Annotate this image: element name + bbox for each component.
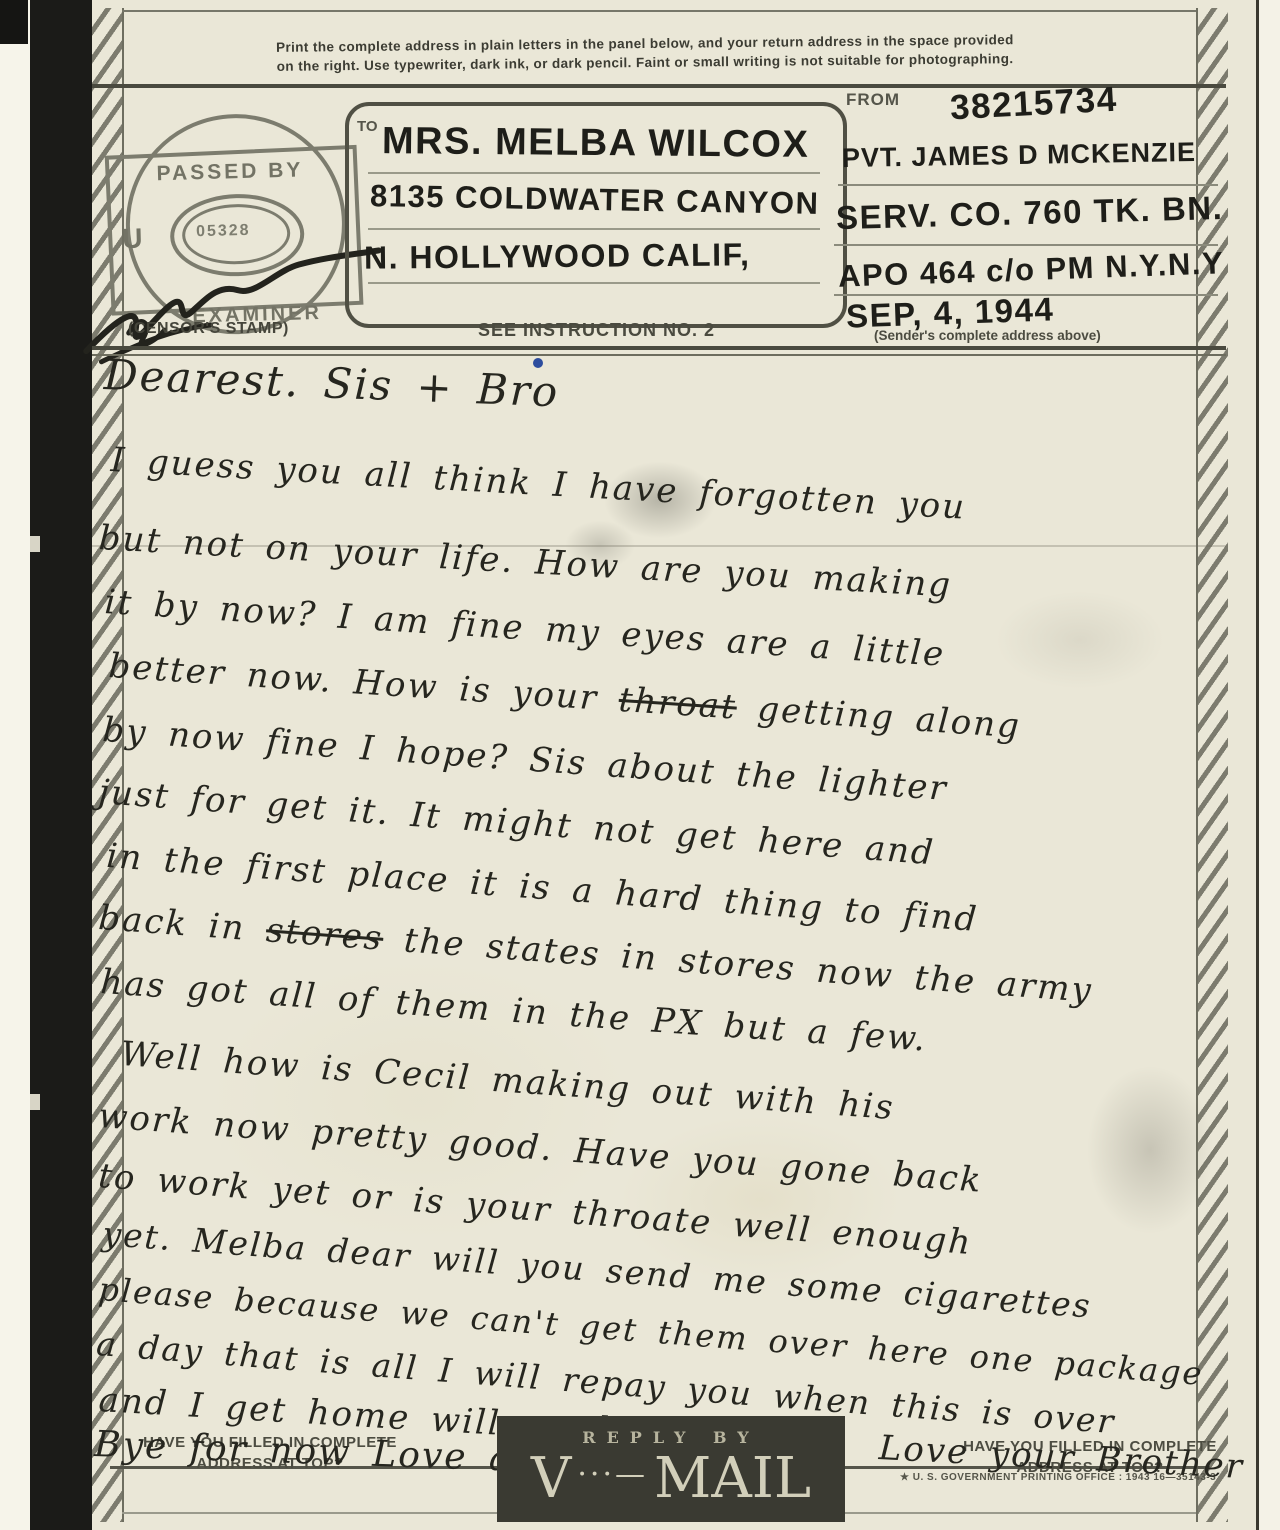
to-rule-1 <box>368 172 820 174</box>
censor-stamp-caption: (CENSOR'S STAMP) <box>128 320 289 338</box>
morse-v-icon: ···— <box>577 1447 648 1503</box>
from-rule-1 <box>838 184 1218 186</box>
header-instructions: Print the complete address in plain lett… <box>170 29 1120 77</box>
scan-binding-shadow <box>30 0 92 1530</box>
scan-right-margin <box>1259 0 1280 1530</box>
star-icon: ★ <box>900 1472 909 1483</box>
scan-corner-mark <box>0 0 28 44</box>
scan-nick <box>30 1094 40 1110</box>
from-label: FROM <box>846 90 900 110</box>
form-border-hatch-right <box>1196 8 1228 1522</box>
from-unit: SERV. CO. 760 TK. BN. <box>836 189 1224 237</box>
vmail-letter-scan: Print the complete address in plain lett… <box>0 0 1280 1530</box>
letter-line-1: Dearest. Sis + Bro <box>103 350 560 416</box>
to-rule-2 <box>368 228 820 230</box>
censor-stamp: PASSED BY U 05328 EXAMINER <box>105 109 381 346</box>
from-serial: 38215734 <box>949 80 1119 129</box>
to-label: TO <box>357 118 378 135</box>
vmail-badge-title: V ···— MAIL <box>531 1447 811 1511</box>
to-instruction: SEE INSTRUCTION NO. 2 <box>478 320 715 341</box>
scan-left-margin <box>0 0 32 1530</box>
form-border-top <box>122 10 1196 12</box>
to-address-line3: N. HOLLYWOOD CALIF, <box>364 236 751 276</box>
to-rule-3 <box>368 282 820 284</box>
from-apo: APO 464 c/o PM N.Y.N.Y <box>837 245 1224 294</box>
from-caption: (Sender's complete address above) <box>874 328 1101 343</box>
vmail-badge: REPLY BY V ···— MAIL <box>497 1416 845 1522</box>
header-bottom-rule-a <box>92 346 1226 350</box>
stamp-passed-by: PASSED BY <box>156 158 303 186</box>
from-rule-2 <box>834 244 1218 246</box>
from-name: PVT. JAMES D MCKENZIE <box>842 137 1197 174</box>
scan-nick <box>30 536 40 552</box>
letter-line-2: I guess you all think I have forgotten y… <box>110 440 967 528</box>
to-address-line1: MRS. MELBA WILCOX <box>382 120 810 167</box>
vmail-badge-reply-by: REPLY BY <box>582 1428 759 1447</box>
